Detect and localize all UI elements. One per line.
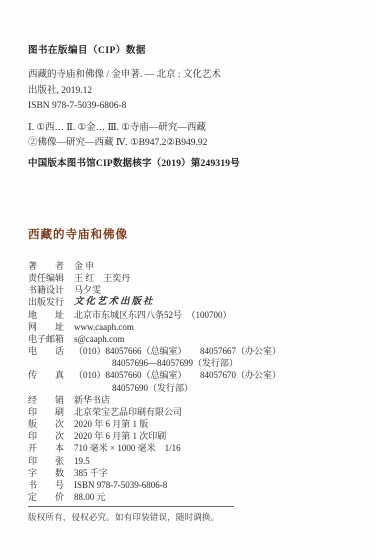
- website-url: www.caaph.com: [74, 321, 134, 333]
- colophon-row-phone-cont: 84057696—84057699（发行部）: [28, 357, 281, 369]
- row-value: 19.5: [74, 455, 90, 467]
- colophon-row-isbn: 书 号 ISBN 978-7-5039-6806-8: [28, 479, 281, 491]
- cip-line: 出版社, 2019.12: [28, 84, 221, 100]
- cip-record-number: 中国版本图书馆CIP数据核字（2019）第249319号: [28, 155, 240, 169]
- cip-description-block: 西藏的寺庙和佛像 / 金申著. — 北京 : 文化艺术 出版社, 2019.12…: [28, 68, 221, 115]
- email-address: s@caaph.com: [74, 333, 125, 345]
- row-value: 84057696—84057699（发行部）: [74, 357, 238, 369]
- copyright-notice: 版权所有，侵权必究。如有印装错误，随时调换。: [28, 511, 219, 523]
- cip-line: 西藏的寺庙和佛像 / 金申著. — 北京 : 文化艺术: [28, 68, 221, 84]
- cip-class-line: ②佛像—研究—西藏 Ⅳ. ①B947.2②B949.92: [28, 136, 207, 151]
- colophon-row-author: 著 者 金 申: [28, 260, 281, 272]
- row-value: 马夕雯: [74, 284, 101, 296]
- row-value: 王 红 王奕丹: [74, 272, 130, 284]
- colophon-row-managing-editor: 责任编辑 王 红 王奕丹: [28, 272, 281, 284]
- cip-class-line: Ⅰ. ①西… Ⅱ. ①金… Ⅲ. ①寺庙—研究—西藏: [28, 121, 207, 136]
- cip-header: 图书在版编目（CIP）数据: [28, 42, 146, 56]
- row-value: 84057690（发行部）: [74, 382, 193, 394]
- cip-classification-block: Ⅰ. ①西… Ⅱ. ①金… Ⅲ. ①寺庙—研究—西藏 ②佛像—研究—西藏 Ⅳ. …: [28, 121, 207, 151]
- row-value: 2020 年 6 月第 1 版: [74, 418, 148, 430]
- row-label: 开 本: [28, 442, 74, 454]
- colophon-row-printed-sheets: 印 张 19.5: [28, 455, 281, 467]
- colophon-row-format: 开 本 710 毫米 × 1000 毫米 1/16: [28, 442, 281, 454]
- row-value: 北京荣宝艺品印刷有限公司: [74, 406, 182, 418]
- row-value: （010）84057660（总编室） 84057670（办公室）: [74, 369, 281, 381]
- row-label: [28, 382, 74, 394]
- row-label: 印 张: [28, 455, 74, 467]
- row-label: 字 数: [28, 467, 74, 479]
- row-label: 经 销: [28, 394, 74, 406]
- price-value: 88.00 元: [74, 491, 106, 503]
- row-label: 责任编辑: [28, 272, 74, 284]
- colophon-row-distributor: 经 销 新华书店: [28, 394, 281, 406]
- row-value: （010）84057666（总编室） 84057667（办公室）: [74, 345, 281, 357]
- row-label: 电子邮箱: [28, 333, 74, 345]
- row-label: 印 刷: [28, 406, 74, 418]
- row-value: 金 申: [74, 260, 94, 272]
- row-label: 印 次: [28, 430, 74, 442]
- row-label: 书籍设计: [28, 284, 74, 296]
- row-value: 710 毫米 × 1000 毫米 1/16: [74, 442, 181, 454]
- row-label: 版 次: [28, 418, 74, 430]
- row-value: 北京市东城区东四八条52号 （100700）: [74, 309, 232, 321]
- colophon-row-book-design: 书籍设计 马夕雯: [28, 284, 281, 296]
- row-label: 出版发行: [28, 296, 74, 308]
- row-label: 网 址: [28, 321, 74, 333]
- row-label: 书 号: [28, 479, 74, 491]
- row-label: 地 址: [28, 309, 74, 321]
- colophon-row-publisher: 出版发行 文化艺术出版社: [28, 296, 281, 308]
- publisher-logotype: 文化艺术出版社: [74, 296, 155, 308]
- book-title: 西藏的寺庙和佛像: [28, 226, 128, 242]
- colophon-row-price: 定 价 88.00 元: [28, 491, 281, 503]
- colophon-row-fax: 传 真 （010）84057660（总编室） 84057670（办公室）: [28, 369, 281, 381]
- footer-divider: [28, 506, 234, 507]
- row-label: [28, 357, 74, 369]
- isbn-number: ISBN 978-7-5039-6806-8: [74, 479, 167, 491]
- colophon-row-phone: 电 话 （010）84057666（总编室） 84057667（办公室）: [28, 345, 281, 357]
- colophon-row-impression: 印 次 2020 年 6 月第 1 次印刷: [28, 430, 281, 442]
- cip-isbn-line: ISBN 978-7-5039-6806-8: [28, 99, 221, 115]
- row-label: 定 价: [28, 491, 74, 503]
- colophon-row-edition: 版 次 2020 年 6 月第 1 版: [28, 418, 281, 430]
- row-value: 2020 年 6 月第 1 次印刷: [74, 430, 166, 442]
- row-label: 电 话: [28, 345, 74, 357]
- row-label: 著 者: [28, 260, 74, 272]
- colophon: 著 者 金 申 责任编辑 王 红 王奕丹 书籍设计 马夕雯 出版发行 文化艺术出…: [28, 260, 281, 503]
- colophon-row-address: 地 址 北京市东城区东四八条52号 （100700）: [28, 309, 281, 321]
- row-value: 385 千字: [74, 467, 108, 479]
- colophon-row-email: 电子邮箱 s@caaph.com: [28, 333, 281, 345]
- colophon-row-website: 网 址 www.caaph.com: [28, 321, 281, 333]
- colophon-row-fax-cont: 84057690（发行部）: [28, 382, 281, 394]
- colophon-row-word-count: 字 数 385 千字: [28, 467, 281, 479]
- row-value: 新华书店: [74, 394, 110, 406]
- colophon-row-printer: 印 刷 北京荣宝艺品印刷有限公司: [28, 406, 281, 418]
- copyright-page: 图书在版编目（CIP）数据 西藏的寺庙和佛像 / 金申著. — 北京 : 文化艺…: [0, 0, 375, 558]
- row-label: 传 真: [28, 369, 74, 381]
